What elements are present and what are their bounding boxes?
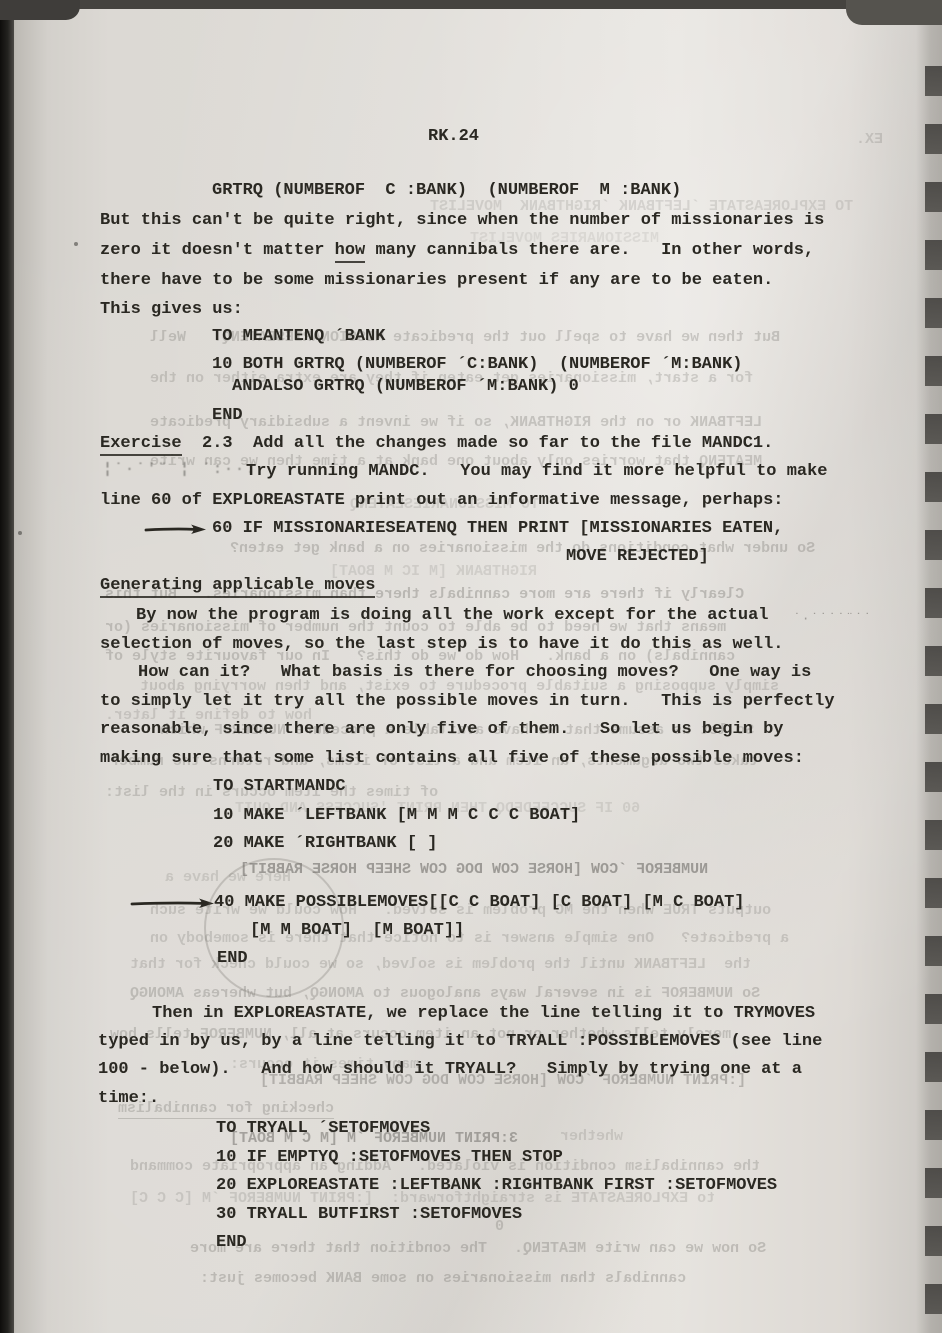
paper-page: EX.TO EXPLOREASTATE ´LEFTBANK ´RIGHTBANK… <box>0 0 942 1333</box>
text-line: 100 - below). And how should it TRYALL? … <box>98 1060 802 1080</box>
text-segment: Try running MANDC. You may find it more … <box>246 462 828 481</box>
text-segment: MOVE REJECTED] <box>566 547 709 566</box>
text-line: But this can't be quite right, since whe… <box>100 211 824 231</box>
bleed-through-line: So now we can write MEATENQ. The conditi… <box>190 1240 766 1258</box>
text-line: there have to be some missionaries prese… <box>100 271 773 291</box>
text-line: Then in EXPLOREASTATE, we replace the li… <box>152 1004 815 1024</box>
text-segment: there have to be some missionaries prese… <box>100 271 773 290</box>
text-segment: 30 TRYALL BUTFIRST :SETOFMOVES <box>216 1205 522 1224</box>
text-segment: TO TRYALL ´SETOFMOVES <box>216 1119 430 1138</box>
code-line: 20 MAKE ´RIGHTBANK [ ] <box>213 834 437 854</box>
code-line: 30 TRYALL BUTFIRST :SETOFMOVES <box>216 1205 522 1225</box>
text-segment: how <box>335 241 366 263</box>
text-segment: Exercise <box>100 434 182 456</box>
code-line: ANDALSO GRTRQ (NUMBEROF ´M:BANK) 0 <box>232 377 579 397</box>
text-segment: END <box>216 1233 247 1252</box>
text-line: typed in by us, by a line telling it to … <box>98 1032 822 1052</box>
text-segment: many cannibals there are. In other words… <box>365 241 814 260</box>
text-segment: making sure that some list contains all … <box>100 749 804 768</box>
text-segment: 20 EXPLOREASTATE :LEFTBANK :RIGHTBANK FI… <box>216 1176 777 1195</box>
scanned-page: EX.TO EXPLOREASTATE ´LEFTBANK ´RIGHTBANK… <box>0 0 942 1333</box>
text-line: reasonable, since there are only five of… <box>100 720 784 740</box>
bleed-through-line: So NUMBEROF is in several ways analogous… <box>130 985 760 1003</box>
text-segment: reasonable, since there are only five of… <box>100 720 784 739</box>
bleed-through-line: EX. <box>856 131 883 149</box>
code-line: 10 IF EMPTYQ :SETOFMOVES THEN STOP <box>216 1148 563 1168</box>
text-segment: selection of moves, so the last step is … <box>100 635 784 654</box>
text-line: making sure that some list contains all … <box>100 749 804 769</box>
section-heading: Generating applicable moves <box>100 576 375 596</box>
text-segment: END <box>212 406 243 425</box>
text-line: time:. <box>98 1089 159 1109</box>
text-segment: 100 - below). And how should it TRYALL? … <box>98 1060 802 1079</box>
page-number: RK.24 <box>428 127 479 147</box>
code-line: END <box>212 406 243 426</box>
code-line: [M M BOAT] [M BOAT]] <box>250 921 464 941</box>
text-segment: 10 BOTH GRTRQ (NUMBEROF ´C:BANK) (NUMBER… <box>212 355 743 374</box>
bleed-through-line: whether <box>560 1128 623 1146</box>
text-line: How can it? What basis is there for choo… <box>138 663 811 683</box>
ink-speck <box>74 242 78 246</box>
text-segment: line 60 of EXPLOREASTATE print out an in… <box>100 491 784 510</box>
text-segment: GRTRQ (NUMBEROF C :BANK) (NUMBEROF M :BA… <box>212 181 681 200</box>
text-segment: Generating applicable moves <box>100 576 375 598</box>
scanner-background-corner-left <box>0 0 80 20</box>
code-line: MOVE REJECTED] <box>566 547 709 567</box>
text-segment: RK.24 <box>428 127 479 146</box>
text-segment: Then in EXPLOREASTATE, we replace the li… <box>152 1004 815 1023</box>
hand-drawn-arrow <box>144 521 208 542</box>
text-segment: time:. <box>98 1089 159 1108</box>
text-segment: 20 MAKE ´RIGHTBANK [ ] <box>213 834 437 853</box>
text-line: Exercise 2.3 Add all the changes made so… <box>100 434 773 454</box>
code-line: TO MEANTENQ ´BANK <box>212 327 385 347</box>
code-line: 10 MAKE ´LEFTBANK [M M M C C C BOAT] <box>213 806 580 826</box>
scanner-background-top <box>0 0 942 9</box>
text-segment: By now the program is doing all the work… <box>136 606 769 625</box>
text-line: line 60 of EXPLOREASTATE print out an in… <box>100 491 784 511</box>
code-line: 10 BOTH GRTRQ (NUMBEROF ´C:BANK) (NUMBER… <box>212 355 743 375</box>
bleed-through-line: So under what conditions do the missiona… <box>230 540 815 558</box>
text-segment: zero it doesn't matter <box>100 241 335 260</box>
text-line: selection of moves, so the last step is … <box>100 635 784 655</box>
code-line: 60 IF MISSIONARIESEATENQ THEN PRINT [MIS… <box>212 519 783 539</box>
text-line: Try running MANDC. You may find it more … <box>246 462 828 482</box>
text-line: By now the program is doing all the work… <box>136 606 769 626</box>
text-segment: 10 MAKE ´LEFTBANK [M M M C C C BOAT] <box>213 806 580 825</box>
text-segment: END <box>217 949 248 968</box>
code-line: END <box>216 1233 247 1253</box>
text-segment: TO MEANTENQ ´BANK <box>212 327 385 346</box>
text-segment: 60 IF MISSIONARIESEATENQ THEN PRINT [MIS… <box>212 519 783 538</box>
code-line: END <box>217 949 248 969</box>
code-line: TO TRYALL ´SETOFMOVES <box>216 1119 430 1139</box>
text-line: This gives us: <box>100 300 243 320</box>
text-segment: This gives us: <box>100 300 243 319</box>
text-segment: How can it? What basis is there for choo… <box>138 663 811 682</box>
hand-drawn-arrow <box>130 895 216 916</box>
text-segment: typed in by us, by a line telling it to … <box>98 1032 822 1051</box>
faint-dot-marks: ˙·˙˙˙˙¨˙˙ <box>793 611 872 626</box>
code-line: 40 MAKE POSSIBLEMOVES[[C C BOAT] [C BOAT… <box>214 893 745 913</box>
bleed-through-line: cannibals than missionaries on some BANK… <box>200 1270 686 1288</box>
code-line: GRTRQ (NUMBEROF C :BANK) (NUMBEROF M :BA… <box>212 181 681 201</box>
text-segment: TO STARTMANDC <box>213 777 346 796</box>
text-segment: 2.3 Add all the changes made so far to t… <box>182 434 774 453</box>
text-segment: to simply let it try all the possible mo… <box>100 692 835 711</box>
code-line: TO STARTMANDC <box>213 777 346 797</box>
code-line: 20 EXPLOREASTATE :LEFTBANK :RIGHTBANK FI… <box>216 1176 777 1196</box>
binding-holes <box>925 66 942 1333</box>
scanner-background-corner-right <box>846 0 942 25</box>
text-segment: But this can't be quite right, since whe… <box>100 211 824 230</box>
text-segment: [M M BOAT] [M BOAT]] <box>250 921 464 940</box>
text-line: to simply let it try all the possible mo… <box>100 692 835 712</box>
text-line: zero it doesn't matter how many cannibal… <box>100 241 814 261</box>
book-spine-edge <box>0 0 14 1333</box>
erased-smudge-mark: ¦˙·˙'¨ ¦ ˙:··. <box>103 461 257 478</box>
ink-speck <box>18 531 22 535</box>
text-segment: ANDALSO GRTRQ (NUMBEROF ´M:BANK) 0 <box>232 377 579 396</box>
text-segment: 10 IF EMPTYQ :SETOFMOVES THEN STOP <box>216 1148 563 1167</box>
text-segment: 40 MAKE POSSIBLEMOVES[[C C BOAT] [C BOAT… <box>214 893 745 912</box>
